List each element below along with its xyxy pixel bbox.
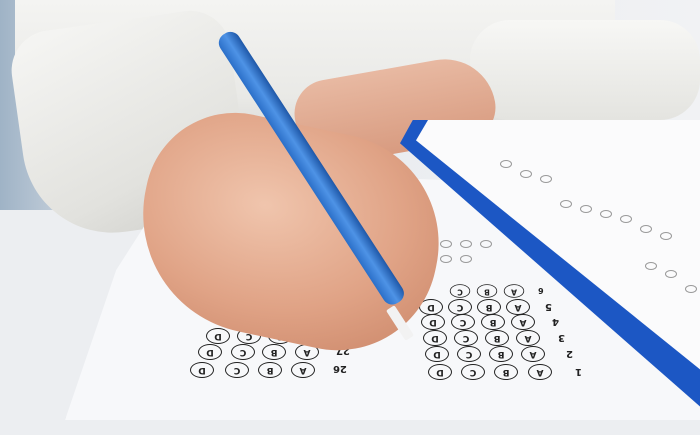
bubble-a: A — [528, 364, 552, 380]
bubble-d: D — [206, 328, 230, 344]
bubble-faint — [660, 232, 672, 240]
bubble-faint — [645, 262, 657, 270]
bubble-a: A — [504, 284, 524, 298]
bubble-faint — [460, 240, 472, 248]
question-number: 6 — [538, 286, 544, 295]
bubble-b: B — [485, 330, 509, 346]
bubble-c: C — [231, 344, 255, 360]
bubble-b: B — [258, 362, 282, 378]
bubble-d: D — [425, 346, 449, 362]
bubble-c: C — [457, 346, 481, 362]
bubble-c: C — [454, 330, 478, 346]
bubble-b: B — [262, 344, 286, 360]
question-number: 3 — [558, 332, 565, 343]
bubble-faint — [500, 160, 512, 168]
bubble-c: C — [451, 314, 475, 330]
shirt-sleeve-right — [470, 20, 700, 120]
bubble-a: A — [516, 330, 540, 346]
bubble-faint — [580, 205, 592, 213]
bubble-b: B — [477, 299, 501, 315]
bubble-b: B — [481, 314, 505, 330]
bubble-faint — [600, 210, 612, 218]
bubble-faint — [620, 215, 632, 223]
bubble-faint — [640, 225, 652, 233]
bubble-faint — [480, 240, 492, 248]
bubble-a: A — [521, 346, 545, 362]
bubble-c: C — [448, 299, 472, 315]
bubble-c: C — [450, 284, 470, 298]
question-number: 26 — [333, 363, 347, 374]
bubble-d: D — [421, 314, 445, 330]
bubble-b: B — [489, 346, 513, 362]
bubble-faint — [440, 255, 452, 263]
bubble-b: B — [494, 364, 518, 380]
bubble-b: B — [477, 284, 497, 298]
bubble-c: C — [461, 364, 485, 380]
bubble-faint — [520, 170, 532, 178]
bubble-faint — [665, 270, 677, 278]
bubble-d: D — [428, 364, 452, 380]
bubble-faint — [460, 255, 472, 263]
bubble-d: D — [190, 362, 214, 378]
bubble-d: D — [198, 344, 222, 360]
bubble-a: A — [511, 314, 535, 330]
bubble-d: D — [423, 330, 447, 346]
bubble-a: A — [506, 299, 530, 315]
photo-scene: D C B A 26 D C B A 27 D C B D C B A 1 D … — [0, 0, 700, 435]
bubble-faint — [540, 175, 552, 183]
question-number: 5 — [545, 301, 552, 312]
bubble-c: C — [225, 362, 249, 378]
question-number: 1 — [575, 366, 582, 377]
question-number: 4 — [552, 316, 559, 327]
bubble-a: A — [291, 362, 315, 378]
question-number: 2 — [566, 348, 573, 359]
bubble-faint — [440, 240, 452, 248]
bubble-faint — [685, 285, 697, 293]
bubble-faint — [560, 200, 572, 208]
